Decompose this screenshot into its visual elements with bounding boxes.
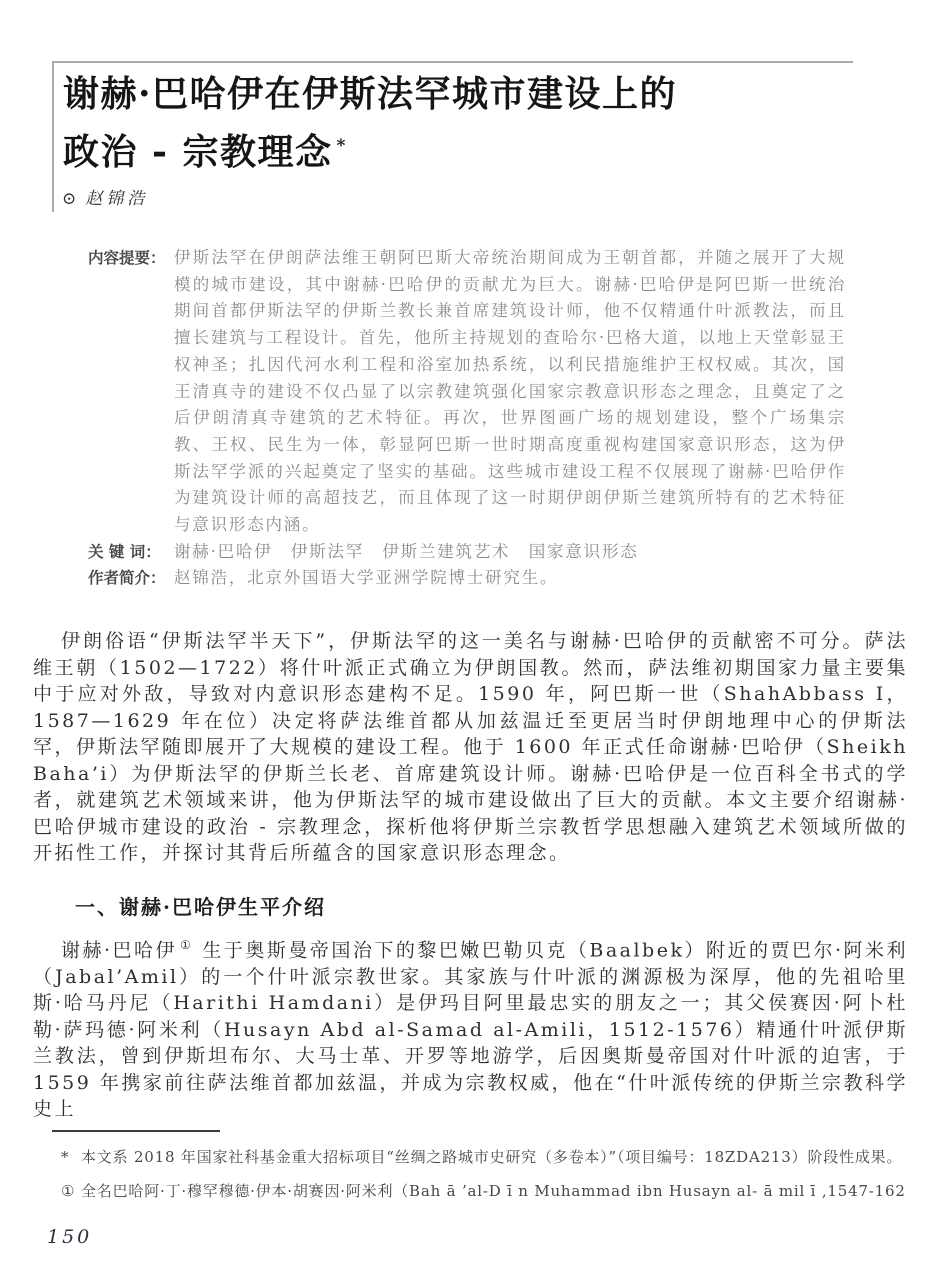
keywords-row: 关 键 词： 谢赫·巴哈伊 伊斯法罕 伊斯兰建筑艺术 国家意识形态 [88,539,846,566]
author-bio-label: 作者简介： [88,565,174,592]
keywords-label: 关 键 词： [88,539,174,566]
footnote-1-marker: ① [61,1174,81,1208]
footnote-1: ① 全名巴哈阿·丁·穆罕穆德·伊本·胡赛因·阿米利（Bah ā ’al-D ī … [61,1174,906,1208]
author-line: ⊙赵锦浩 [62,184,148,209]
footnote-star-marker: * [61,1140,81,1174]
footnote-star-text: 本文系 2018 年国家社科基金重大招标项目“丝绸之路城市史研究（多卷本）”（项… [81,1140,906,1174]
title-rule-top [52,61,853,63]
abstract-text: 伊斯法罕在伊朗萨法维王朝阿巴斯大帝统治期间成为王朝首都，并随之展开了大规模的城市… [174,245,846,539]
body-paragraph-2: 谢赫·巴哈伊① 生于奥斯曼帝国治下的黎巴嫩巴勒贝克（Baalbek）附近的贾巴尔… [33,932,908,1123]
front-matter: 内容提要： 伊斯法罕在伊朗萨法维王朝阿巴斯大帝统治期间成为王朝首都，并随之展开了… [88,245,846,592]
article-title-line-1: 谢赫·巴哈伊在伊斯法罕城市建设上的 [63,68,863,120]
footnote-1-text: 全名巴哈阿·丁·穆罕穆德·伊本·胡赛因·阿米利（Bah ā ’al-D ī n … [81,1174,906,1208]
title-rule-left [52,61,54,212]
article-body: 伊朗俗语“伊斯法罕半天下”，伊斯法罕的这一美名与谢赫·巴哈伊的贡献密不可分。萨法… [33,628,908,1123]
article-title: 谢赫·巴哈伊在伊斯法罕城市建设上的 政治 - 宗教理念* [63,68,863,178]
author-name: 赵锦浩 [85,189,148,209]
footnote-ref-1: ① [180,938,191,952]
document-page: 谢赫·巴哈伊在伊斯法罕城市建设上的 政治 - 宗教理念* ⊙赵锦浩 内容提要： … [0,0,928,1264]
body-paragraph-2-intro: 谢赫·巴哈伊 [61,939,177,961]
title-footnote-marker: * [337,136,347,156]
author-bullet-icon: ⊙ [62,189,76,209]
keywords-text: 谢赫·巴哈伊 伊斯法罕 伊斯兰建筑艺术 国家意识形态 [174,539,846,566]
author-bio-text: 赵锦浩，北京外国语大学亚洲学院博士研究生。 [174,565,846,592]
footnote-separator-rule [52,1130,220,1132]
page-number: 150 [47,1226,92,1248]
abstract-label: 内容提要： [88,245,174,272]
footnote-star: * 本文系 2018 年国家社科基金重大招标项目“丝绸之路城市史研究（多卷本）”… [61,1140,906,1174]
section-heading-1: 一、谢赫·巴哈伊生平介绍 [33,894,908,921]
body-paragraph-1: 伊朗俗语“伊斯法罕半天下”，伊斯法罕的这一美名与谢赫·巴哈伊的贡献密不可分。萨法… [33,628,908,867]
abstract-row: 内容提要： 伊斯法罕在伊朗萨法维王朝阿巴斯大帝统治期间成为王朝首都，并随之展开了… [88,245,846,539]
body-paragraph-2-rest: 生于奥斯曼帝国治下的黎巴嫩巴勒贝克（Baalbek）附近的贾巴尔·阿米利（Jab… [33,939,908,1120]
article-title-line-2: 政治 - 宗教理念* [63,120,863,178]
article-title-line-2-text: 政治 - 宗教理念 [63,131,333,173]
footnotes: * 本文系 2018 年国家社科基金重大招标项目“丝绸之路城市史研究（多卷本）”… [61,1140,906,1208]
author-bio-row: 作者简介： 赵锦浩，北京外国语大学亚洲学院博士研究生。 [88,565,846,592]
